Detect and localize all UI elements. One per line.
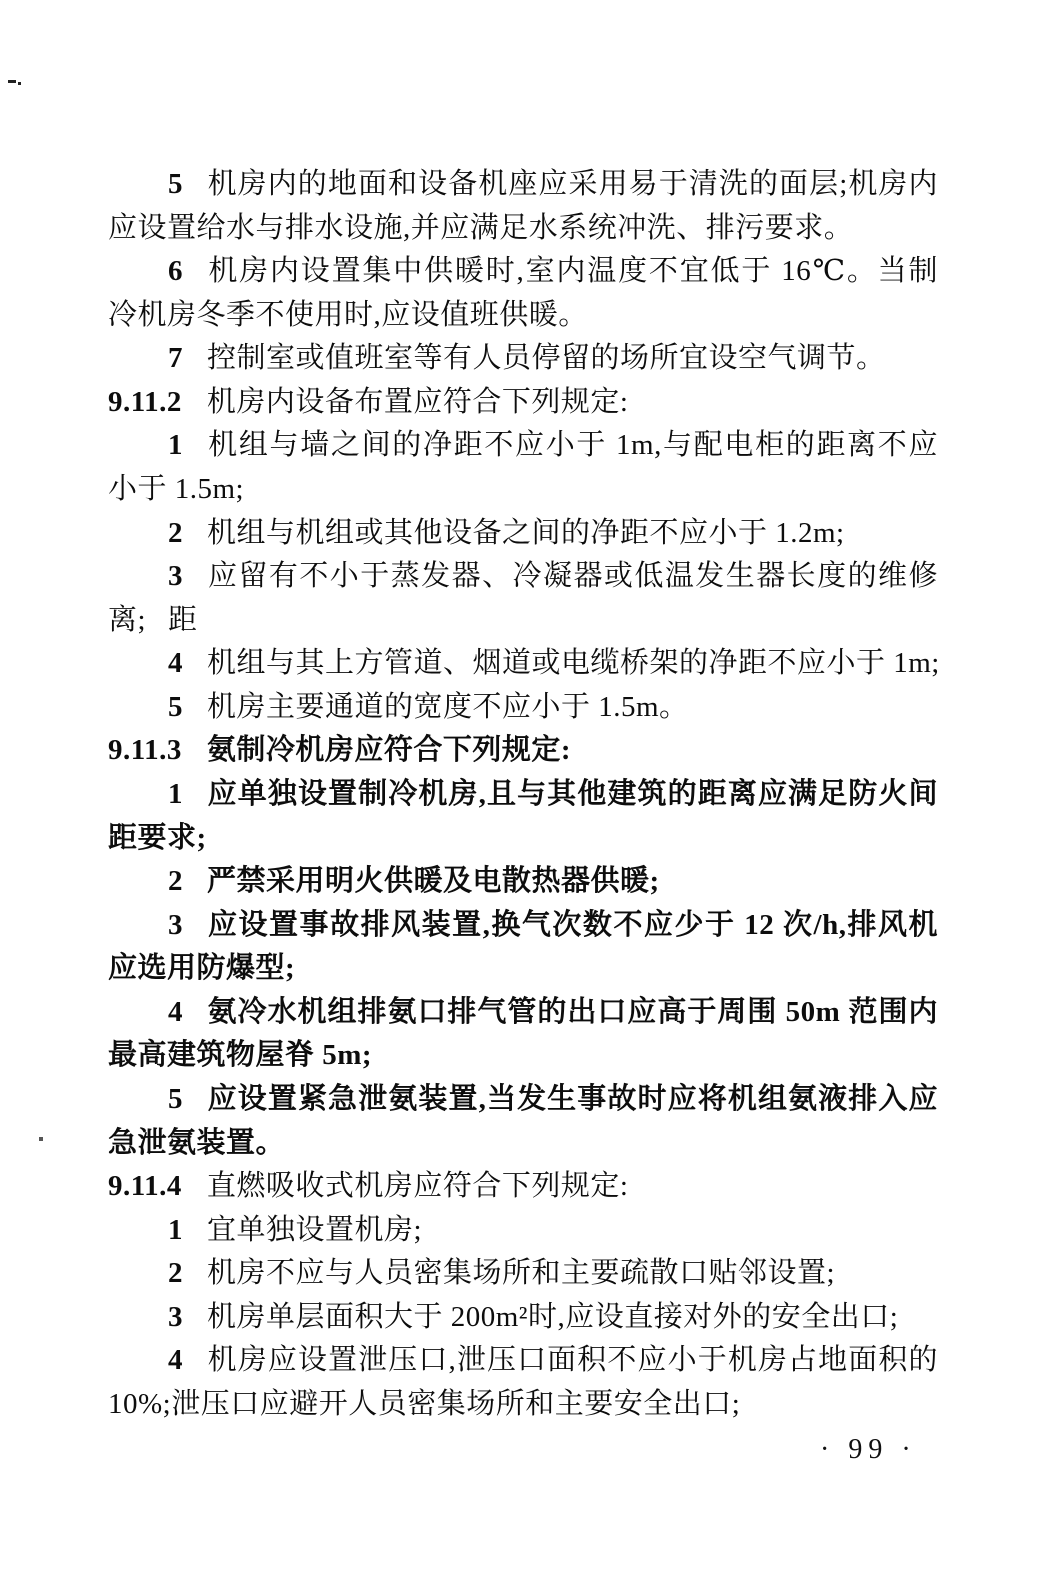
line-text: 机房应设置泄压口,泄压口面积不应小于机房占地面积的	[207, 1344, 938, 1376]
text-line: 冷机房冬季不使用时,应设值班供暖。	[108, 294, 938, 338]
page-number: · 99 ·	[820, 1434, 917, 1466]
line-text: 机房内的地面和设备机座应采用易于清洗的面层;机房内	[207, 168, 938, 200]
scan-artifact-dot	[39, 1137, 43, 1141]
text-line: 1宜单独设置机房;	[108, 1209, 938, 1253]
line-text: 应单独设置制冷机房,且与其他建筑的距离应满足防火间	[207, 778, 938, 810]
clause-number: 4	[168, 996, 183, 1028]
scan-artifact-dot	[18, 82, 21, 85]
line-text: 严禁采用明火供暖及电散热器供暖;	[207, 865, 660, 897]
clause-number: 2	[168, 1257, 183, 1289]
text-line: 距要求;	[108, 817, 938, 861]
text-line: 离;	[108, 599, 938, 643]
line-text: 应设置给水与排水设施,并应满足水系统冲洗、排污要求。	[108, 212, 853, 244]
text-line: 应设置给水与排水设施,并应满足水系统冲洗、排污要求。	[108, 207, 938, 251]
clause-number: 4	[168, 647, 183, 679]
clause-number: 5	[168, 1083, 183, 1115]
line-text: 机组与机组或其他设备之间的净距不应小于 1.2m;	[207, 517, 845, 549]
clause-number: 5	[168, 691, 183, 723]
line-text: 氨制冷机房应符合下列规定:	[207, 734, 571, 766]
clause-number: 1	[168, 1214, 183, 1246]
line-text: 机房不应与人员密集场所和主要疏散口贴邻设置;	[207, 1257, 835, 1289]
line-text: 应设置紧急泄氨装置,当发生事故时应将机组氨液排入应	[207, 1083, 938, 1115]
text-line: 小于 1.5m;	[108, 468, 938, 512]
line-text: 机房内设置集中供暖时,室内温度不宜低于 16℃。当制	[207, 255, 938, 287]
clause-number: 2	[168, 517, 183, 549]
clause-number: 2	[168, 865, 183, 897]
text-line: 4氨冷水机组排氨口排气管的出口应高于周围 50m 范围内	[108, 991, 938, 1035]
text-line: 1应单独设置制冷机房,且与其他建筑的距离应满足防火间	[108, 773, 938, 817]
document-page: 5机房内的地面和设备机座应采用易于清洗的面层;机房内应设置给水与排水设施,并应满…	[0, 0, 1053, 1589]
line-text: 应选用防爆型;	[108, 952, 295, 984]
line-text: 急泄氨装置。	[108, 1127, 285, 1159]
line-text: 机组与其上方管道、烟道或电缆桥架的净距不应小于 1m;	[207, 647, 940, 679]
clause-number: 3	[168, 1301, 183, 1333]
text-line: 1机组与墙之间的净距不应小于 1m,与配电柜的距离不应	[108, 424, 938, 468]
text-line: 6机房内设置集中供暖时,室内温度不宜低于 16℃。当制	[108, 250, 938, 294]
line-text: 氨冷水机组排氨口排气管的出口应高于周围 50m 范围内	[207, 996, 938, 1028]
text-line: 7控制室或值班室等有人员停留的场所宜设空气调节。	[108, 337, 938, 381]
text-line: 3机房单层面积大于 200m²时,应设直接对外的安全出口;	[108, 1296, 938, 1340]
line-text: 离;	[108, 604, 146, 636]
text-line: 9.11.2机房内设备布置应符合下列规定:	[108, 381, 938, 425]
text-line: 5机房主要通道的宽度不应小于 1.5m。	[108, 686, 938, 730]
text-line: 5应设置紧急泄氨装置,当发生事故时应将机组氨液排入应	[108, 1078, 938, 1122]
text-line: 4机组与其上方管道、烟道或电缆桥架的净距不应小于 1m;	[108, 642, 938, 686]
clause-number: 1	[168, 429, 183, 461]
line-text: 机房内设备布置应符合下列规定:	[207, 386, 629, 418]
text-line: 2严禁采用明火供暖及电散热器供暖;	[108, 860, 938, 904]
text-line: 10%;泄压口应避开人员密集场所和主要安全出口;	[108, 1383, 938, 1427]
text-line: 9.11.4直燃吸收式机房应符合下列规定:	[108, 1165, 938, 1209]
line-text: 宜单独设置机房;	[207, 1214, 422, 1246]
text-line: 9.11.3氨制冷机房应符合下列规定:	[108, 729, 938, 773]
text-line: 3应设置事故排风装置,换气次数不应少于 12 次/h,排风机	[108, 904, 938, 948]
text-line: 2机组与机组或其他设备之间的净距不应小于 1.2m;	[108, 512, 938, 556]
line-text: 机房主要通道的宽度不应小于 1.5m。	[207, 691, 689, 723]
line-text: 机组与墙之间的净距不应小于 1m,与配电柜的距离不应	[207, 429, 938, 461]
clause-number: 9.11.3	[108, 734, 182, 766]
clause-number: 9.11.4	[108, 1170, 182, 1202]
clause-number: 3	[168, 909, 183, 941]
clause-number: 3	[168, 560, 183, 592]
text-line: 最高建筑物屋脊 5m;	[108, 1034, 938, 1078]
clause-number: 4	[168, 1344, 183, 1376]
clause-number: 5	[168, 168, 183, 200]
scan-artifact-dash	[8, 80, 16, 83]
text-line: 3应留有不小于蒸发器、冷凝器或低温发生器长度的维修距	[108, 555, 938, 599]
clause-number: 9.11.2	[108, 386, 182, 418]
line-text: 小于 1.5m;	[108, 473, 244, 505]
line-text: 直燃吸收式机房应符合下列规定:	[207, 1170, 629, 1202]
line-text: 机房单层面积大于 200m²时,应设直接对外的安全出口;	[207, 1301, 898, 1333]
line-text: 最高建筑物屋脊 5m;	[108, 1039, 372, 1071]
line-text: 10%;泄压口应避开人员密集场所和主要安全出口;	[108, 1388, 740, 1420]
clause-number: 1	[168, 778, 183, 810]
text-line: 2机房不应与人员密集场所和主要疏散口贴邻设置;	[108, 1252, 938, 1296]
text-line: 急泄氨装置。	[108, 1122, 938, 1166]
line-text: 控制室或值班室等有人员停留的场所宜设空气调节。	[207, 342, 886, 374]
text-line: 5机房内的地面和设备机座应采用易于清洗的面层;机房内	[108, 163, 938, 207]
text-line: 4机房应设置泄压口,泄压口面积不应小于机房占地面积的	[108, 1339, 938, 1383]
line-text: 冷机房冬季不使用时,应设值班供暖。	[108, 299, 588, 331]
text-line: 应选用防爆型;	[108, 947, 938, 991]
clause-number: 7	[168, 342, 183, 374]
clause-number: 6	[168, 255, 183, 287]
line-text: 应设置事故排风装置,换气次数不应少于 12 次/h,排风机	[207, 909, 938, 941]
line-text: 距要求;	[108, 822, 207, 854]
